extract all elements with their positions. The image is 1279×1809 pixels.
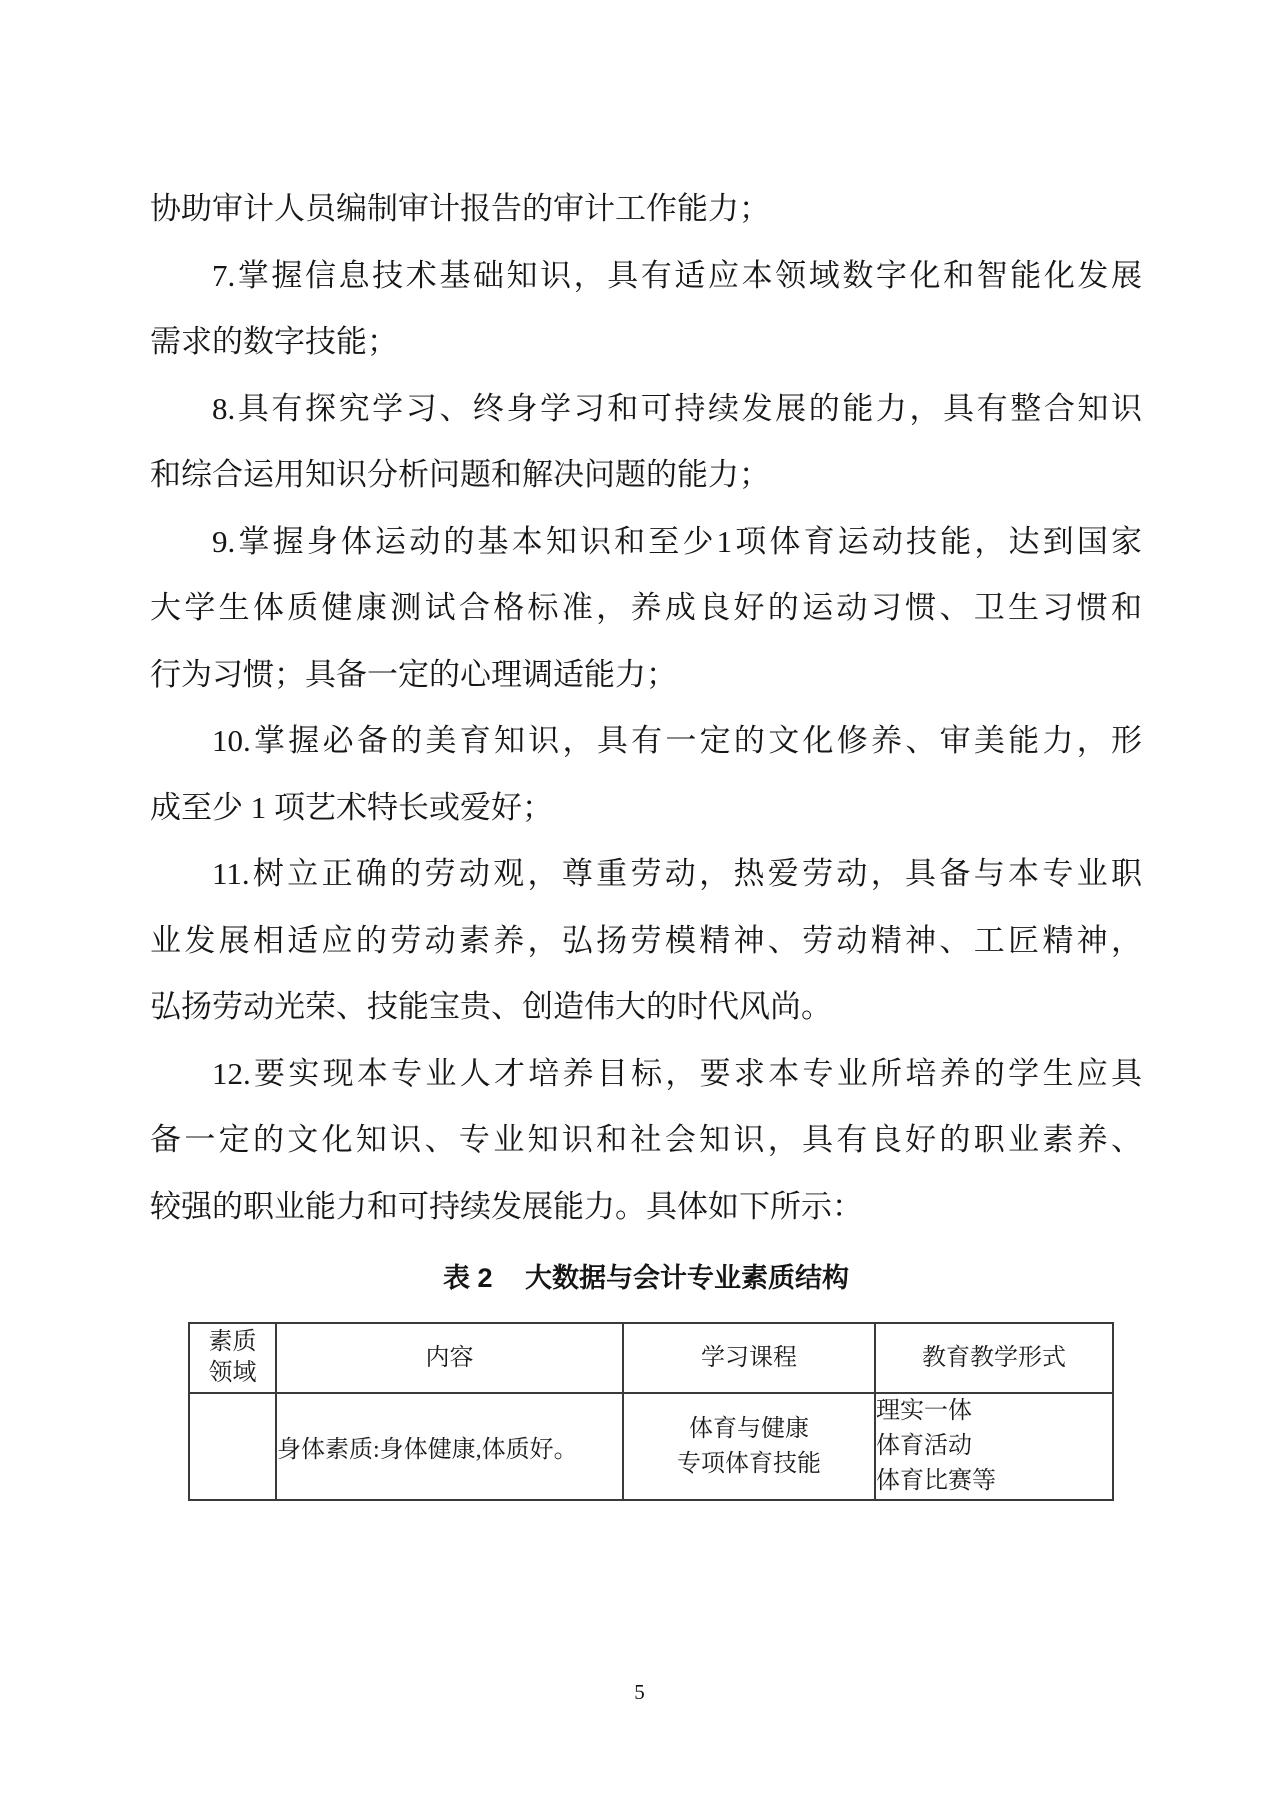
header-quality-domain-label: 素质领域 — [209, 1327, 257, 1389]
text-line: 12.要实现本专业人才培养目标，要求本专业所培养的学生应具 — [150, 1041, 1142, 1108]
paragraph: 11.树立正确的劳动观，尊重劳动，热爱劳动，具备与本专业职 业发展相适应的劳动素… — [150, 841, 1142, 1041]
text-line: 弘扬劳动光荣、技能宝贵、创造伟大的时代风尚。 — [150, 974, 1142, 1041]
table-caption-title: 大数据与会计专业素质结构 — [525, 1263, 849, 1293]
text-line: 较强的职业能力和可持续发展能力。具体如下所示： — [150, 1174, 1142, 1241]
text-line: 11.树立正确的劳动观，尊重劳动，热爱劳动，具备与本专业职 — [150, 841, 1142, 908]
cell-teaching-forms: 理实一体 体育活动 体育比赛等 — [875, 1393, 1113, 1500]
text-line: 10.掌握必备的美育知识，具有一定的文化修养、审美能力，形 — [150, 708, 1142, 775]
paragraph: 7.掌握信息技术基础知识，具有适应本领域数字化和智能化发展 需求的数字技能； — [150, 243, 1142, 376]
paragraph: 9.掌握身体运动的基本知识和至少1项体育运动技能，达到国家 大学生体质健康测试合… — [150, 509, 1142, 709]
header-cell-content: 内容 — [276, 1323, 623, 1393]
teaching-form-line: 体育比赛等 — [876, 1464, 1112, 1499]
text-line: 协助审计人员编制审计报告的审计工作能力； — [150, 176, 1142, 243]
paragraph: 12.要实现本专业人才培养目标，要求本专业所培养的学生应具 备一定的文化知识、专… — [150, 1041, 1142, 1241]
cell-content: 身体素质:身体健康,体质好。 — [276, 1393, 623, 1500]
text-line: 成至少 1 项艺术特长或爱好； — [150, 775, 1142, 842]
text-line: 业发展相适应的劳动素养，弘扬劳模精神、劳动精神、工匠精神， — [150, 908, 1142, 975]
table-header-row: 素质领域 内容 学习课程 教育教学形式 — [189, 1323, 1113, 1393]
page-number: 5 — [0, 1680, 1279, 1705]
document-body: 协助审计人员编制审计报告的审计工作能力； 7.掌握信息技术基础知识，具有适应本领… — [150, 176, 1142, 1240]
teaching-form-line: 体育活动 — [876, 1429, 1112, 1464]
header-cell-teaching-forms: 教育教学形式 — [875, 1323, 1113, 1393]
text-line: 8.具有探究学习、终身学习和可持续发展的能力，具有整合知识 — [150, 376, 1142, 443]
course-line: 专项体育技能 — [624, 1447, 874, 1482]
cell-courses: 体育与健康 专项体育技能 — [623, 1393, 875, 1500]
paragraph: 8.具有探究学习、终身学习和可持续发展的能力，具有整合知识 和综合运用知识分析问… — [150, 376, 1142, 509]
quality-structure-table: 素质领域 内容 学习课程 教育教学形式 身体素质:身体健康,体质好。 体育与健康… — [188, 1322, 1114, 1501]
table-row: 身体素质:身体健康,体质好。 体育与健康 专项体育技能 理实一体 体育活动 体育… — [189, 1393, 1113, 1500]
text-line: 备一定的文化知识、专业知识和社会知识，具有良好的职业素养、 — [150, 1107, 1142, 1174]
paragraph: 10.掌握必备的美育知识，具有一定的文化修养、审美能力，形 成至少 1 项艺术特… — [150, 708, 1142, 841]
teaching-form-line: 理实一体 — [876, 1394, 1112, 1429]
table-caption-label: 表 2 — [443, 1263, 493, 1293]
text-line: 需求的数字技能； — [150, 309, 1142, 376]
header-cell-courses: 学习课程 — [623, 1323, 875, 1393]
course-line: 体育与健康 — [624, 1412, 874, 1447]
text-line: 行为习惯；具备一定的心理调适能力； — [150, 642, 1142, 709]
text-line: 大学生体质健康测试合格标准，养成良好的运动习惯、卫生习惯和 — [150, 575, 1142, 642]
document-page: 协助审计人员编制审计报告的审计工作能力； 7.掌握信息技术基础知识，具有适应本领… — [0, 0, 1279, 1809]
text-line: 和综合运用知识分析问题和解决问题的能力； — [150, 442, 1142, 509]
header-cell-quality-domain: 素质领域 — [189, 1323, 276, 1393]
text-line: 7.掌握信息技术基础知识，具有适应本领域数字化和智能化发展 — [150, 243, 1142, 310]
text-line: 9.掌握身体运动的基本知识和至少1项体育运动技能，达到国家 — [150, 509, 1142, 576]
paragraph: 协助审计人员编制审计报告的审计工作能力； — [150, 176, 1142, 243]
cell-quality-domain — [189, 1393, 276, 1500]
table-caption: 表 2大数据与会计专业素质结构 — [150, 1256, 1142, 1295]
